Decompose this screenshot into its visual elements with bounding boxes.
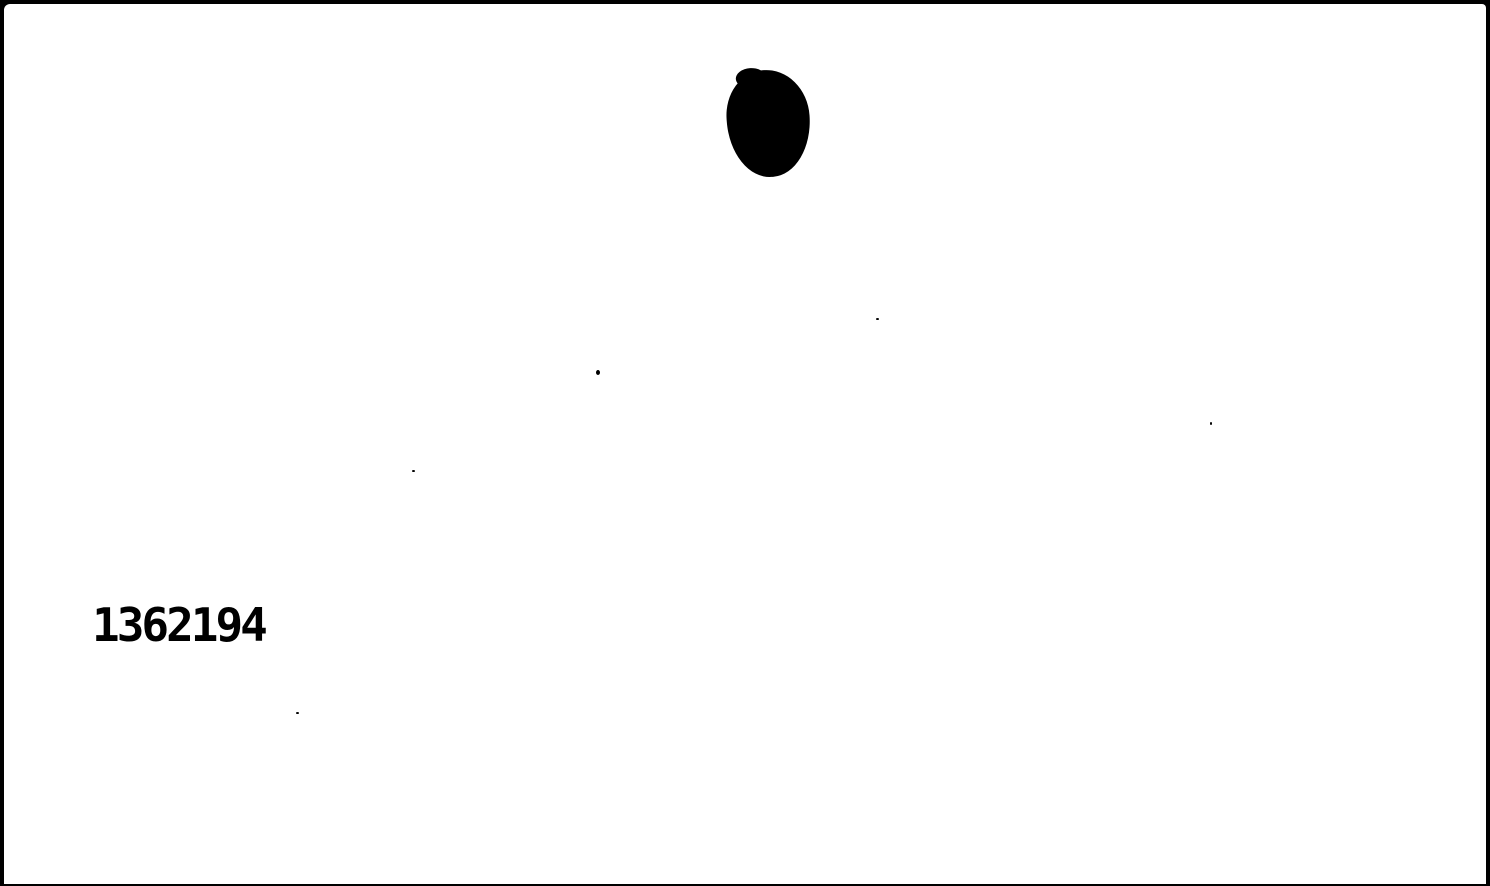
- punch-hole-icon: [723, 67, 813, 180]
- scan-speck: [1210, 422, 1212, 425]
- scan-speck: [412, 470, 415, 472]
- index-card: 1362194: [4, 4, 1486, 884]
- scan-speck: [876, 318, 879, 320]
- scan-speck: [296, 712, 299, 714]
- card-number: 1362194: [92, 602, 265, 648]
- scan-speck: [596, 370, 600, 375]
